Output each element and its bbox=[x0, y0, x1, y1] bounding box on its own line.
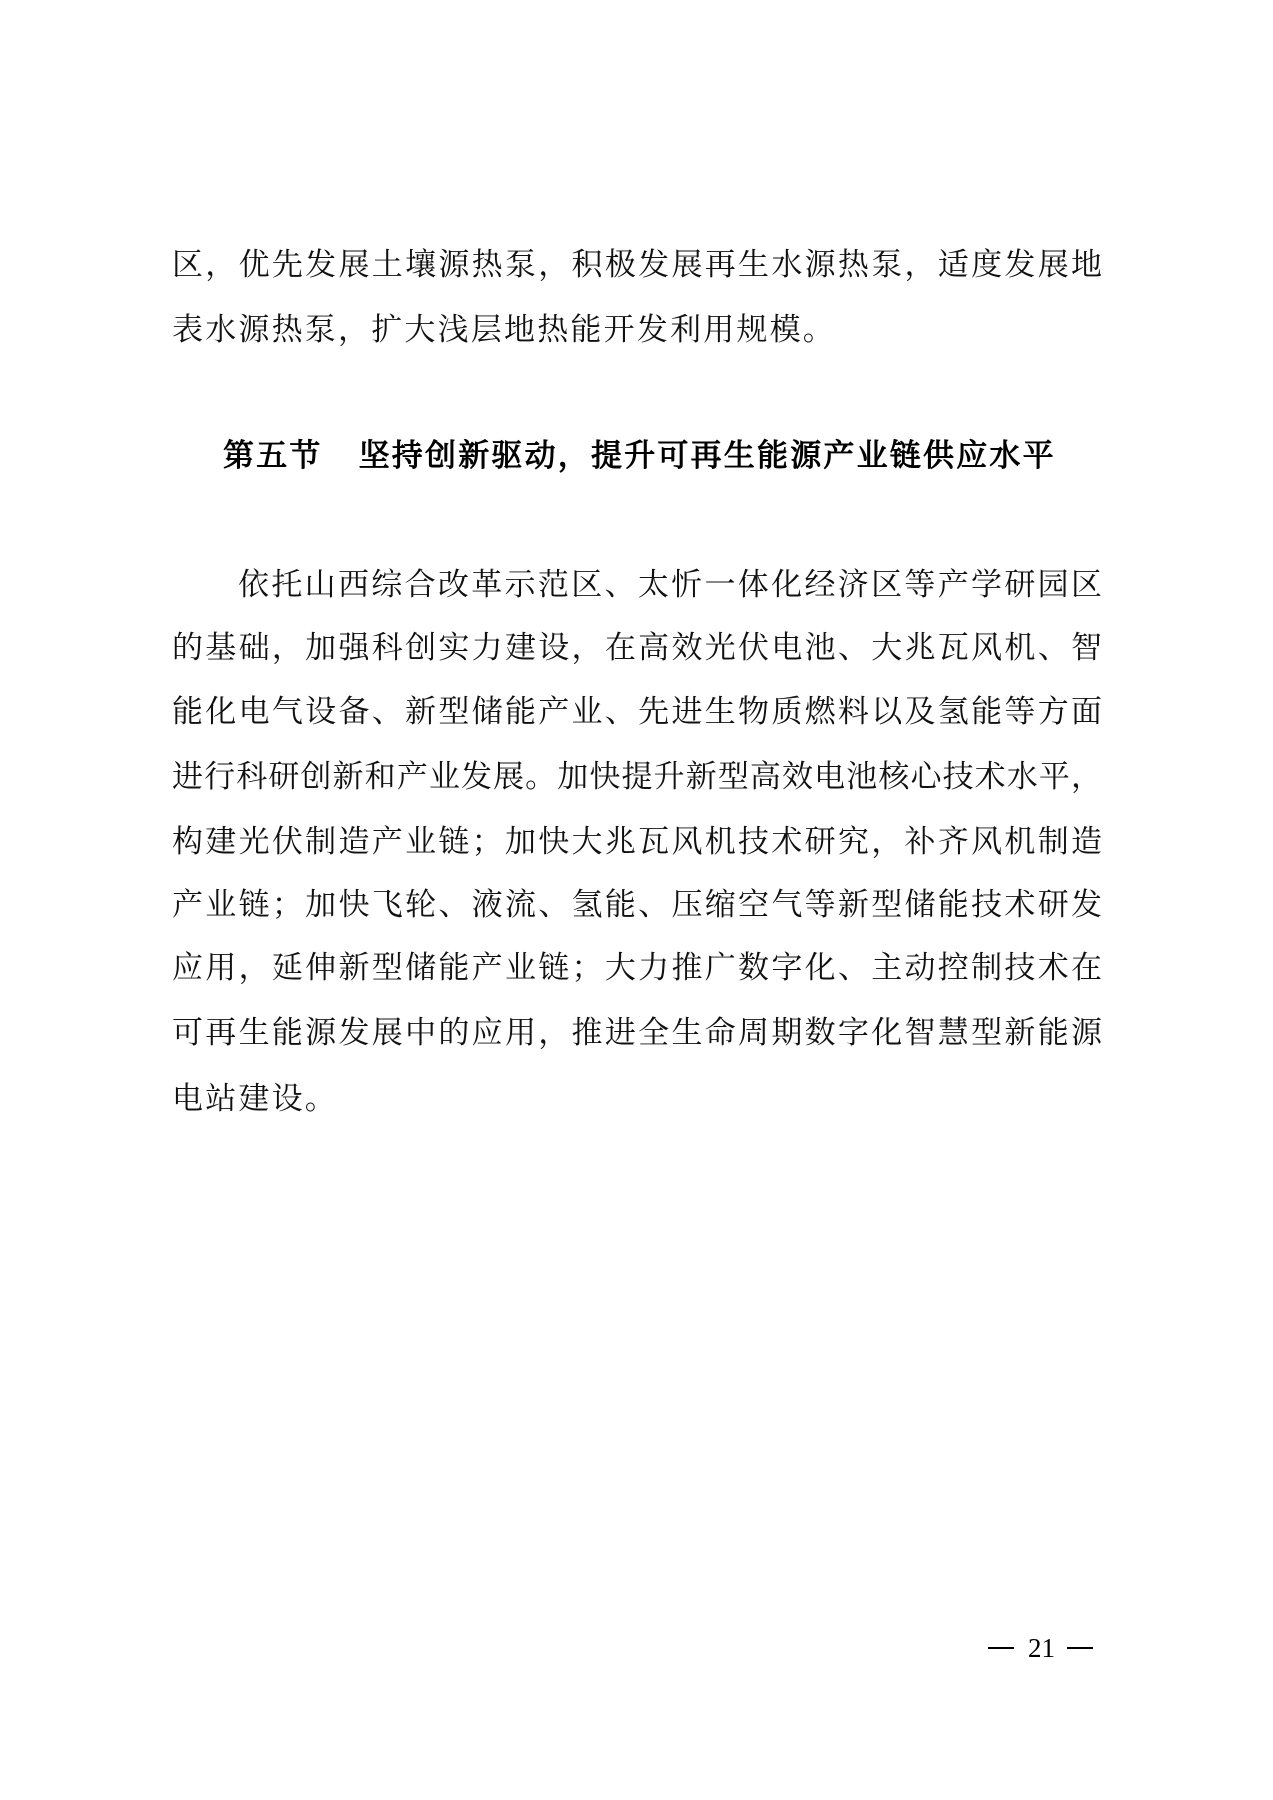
paragraph-line: 进行科研创新和产业发展。加快提升新型高效电池核心技术水平， bbox=[172, 755, 1102, 799]
paragraph-line: 表水源热泵，扩大浅层地热能开发利用规模。 bbox=[172, 308, 836, 352]
paragraph-line: 能化电气设备、新型储能产业、先进生物质燃料以及氢能等方面 bbox=[172, 690, 1102, 734]
section-title: 坚持创新驱动，提升可再生能源产业链供应水平 bbox=[359, 438, 1056, 474]
dash-right bbox=[1067, 1647, 1093, 1649]
page-number: 21 bbox=[988, 1630, 1093, 1666]
paragraph-line: 构建光伏制造产业链；加快大兆瓦风机技术研究，补齐风机制造 bbox=[172, 820, 1102, 864]
section-heading: 第五节坚持创新驱动，提升可再生能源产业链供应水平 bbox=[223, 433, 1056, 479]
paragraph-line: 应用，延伸新型储能产业链；大力推广数字化、主动控制技术在 bbox=[172, 946, 1102, 990]
paragraph-line: 电站建设。 bbox=[172, 1077, 338, 1121]
paragraph-line: 的基础，加强科创实力建设，在高效光伏电池、大兆瓦风机、智 bbox=[172, 626, 1102, 670]
paragraph-line: 可再生能源发展中的应用，推进全生命周期数字化智慧型新能源 bbox=[172, 1011, 1102, 1055]
paragraph-line: 产业链；加快飞轮、液流、氢能、压缩空气等新型储能技术研发 bbox=[172, 883, 1102, 927]
dash-left bbox=[988, 1647, 1014, 1649]
paragraph-line: 区，优先发展土壤源热泵，积极发展再生水源热泵，适度发展地 bbox=[172, 243, 1102, 287]
section-number: 第五节 bbox=[223, 438, 323, 474]
document-page: 区，优先发展土壤源热泵，积极发展再生水源热泵，适度发展地 表水源热泵，扩大浅层地… bbox=[0, 0, 1273, 1800]
page-number-value: 21 bbox=[1028, 1630, 1055, 1666]
paragraph-line: 依托山西综合改革示范区、太忻一体化经济区等产学研园区 bbox=[238, 563, 1102, 607]
